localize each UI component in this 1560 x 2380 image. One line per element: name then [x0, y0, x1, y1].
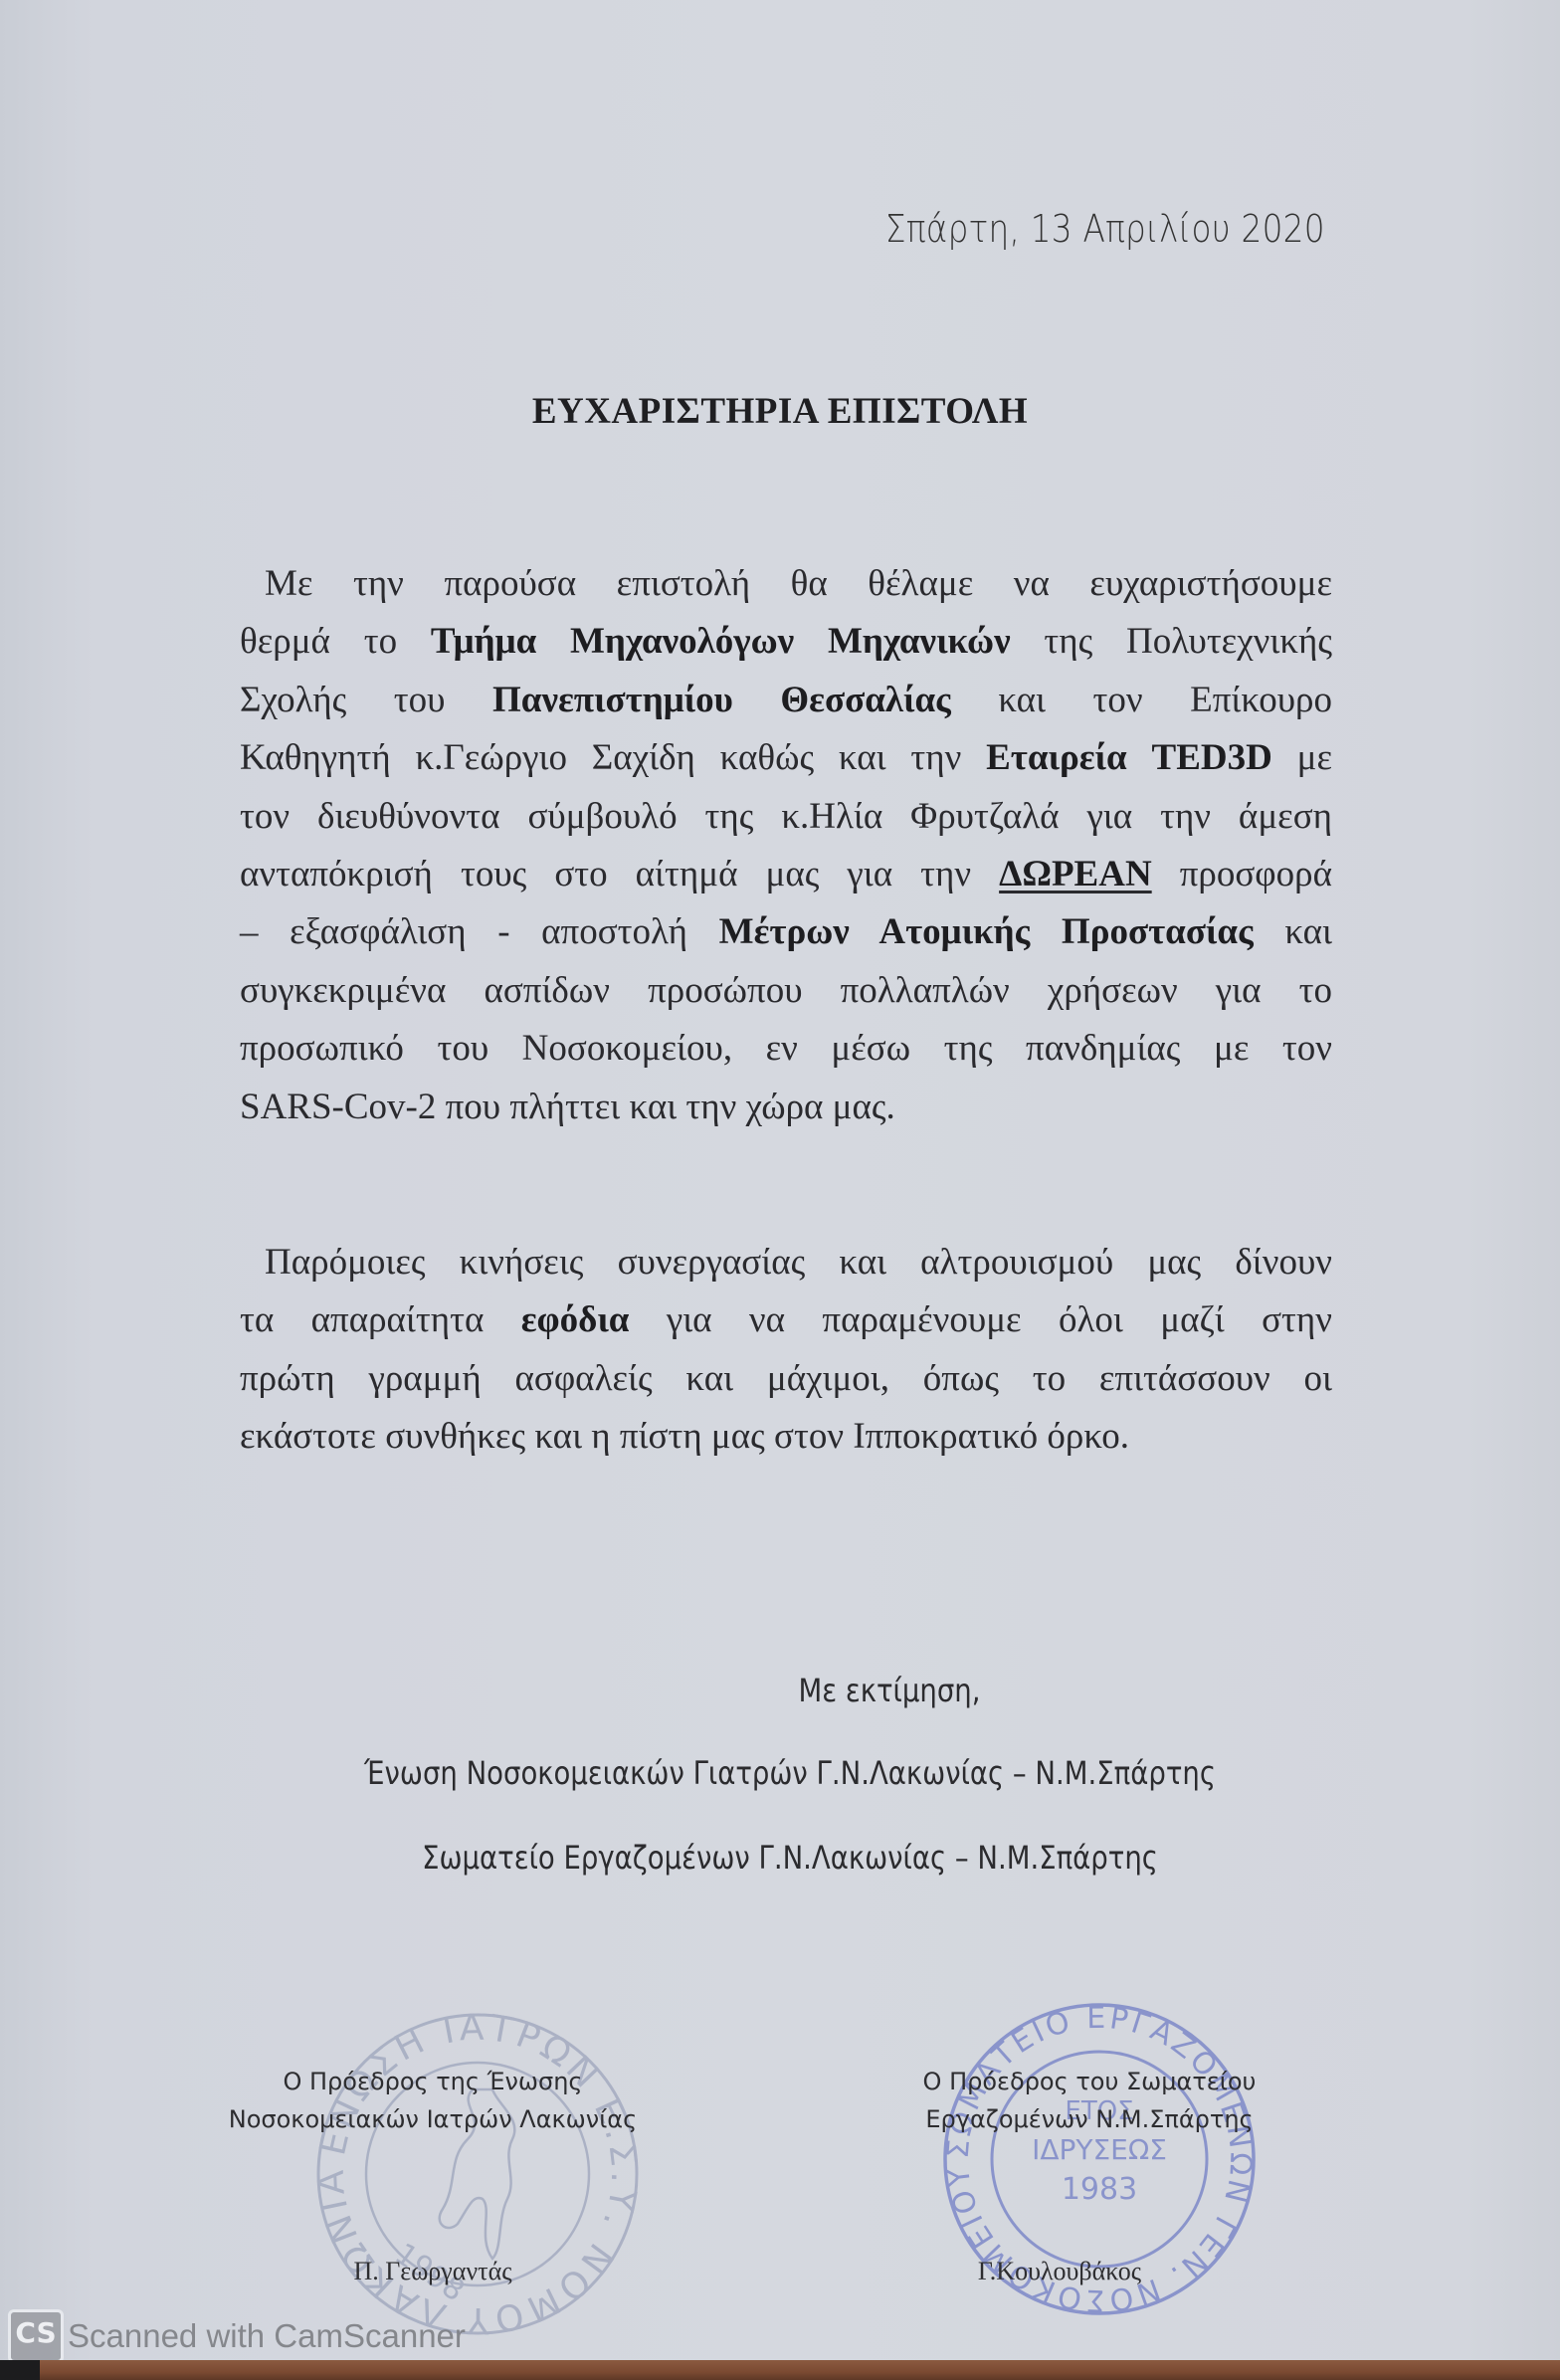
- signatory-org-workers-union: Σωματείο Εργαζομένων Γ.Ν.Λακωνίας – Ν.Μ.…: [119, 1839, 1461, 1877]
- paragraph-line: τον διευθύνοντα σύμβουλό της κ.Ηλία Φρυτ…: [240, 788, 1332, 846]
- paragraph-line: εκάστοτε συνθήκες και η πίστη μας στον Ι…: [240, 1408, 1332, 1466]
- paragraph-line: Καθηγητή κ.Γεώργιο Σαχίδη καθώς και την …: [240, 729, 1332, 787]
- signatory-role-line2: Εργαζομένων Ν.Μ.Σπάρτης: [876, 2100, 1303, 2138]
- paragraph-line: ανταπόκρισή τους στο αίτημά μας για την …: [240, 846, 1332, 903]
- signatory-org-doctors-union: Ένωση Νοσοκομειακών Γιατρών Γ.Ν.Λακωνίας…: [119, 1754, 1461, 1792]
- signatory-name: Π. Γεωργαντάς: [189, 2253, 677, 2290]
- paragraph-line: τα απαραίτητα εφόδια για να παραμένουμε …: [240, 1291, 1332, 1349]
- closing-greeting: Με εκτίμηση,: [219, 1672, 1560, 1709]
- paragraph-line: Παρόμοιες κινήσεις συνεργασίας και αλτρο…: [240, 1234, 1332, 1291]
- svg-text:1983: 1983: [1062, 2172, 1137, 2207]
- paragraph-line: θερμά το Τμήμα Μηχανολόγων Μηχανικών της…: [240, 613, 1332, 671]
- place-and-date: Σπάρτη, 13 Απριλίου 2020: [885, 207, 1325, 251]
- paragraph-thanks: Με την παρούσα επιστολή θα θέλαμε να ευχ…: [240, 555, 1332, 1136]
- signatory-role-line1: Ο Πρόεδρος της Ένωσης: [189, 2063, 677, 2100]
- signature-block-doctors-union: Ο Πρόεδρος της Ένωσης Νοσοκομειακών Ιατρ…: [189, 2063, 677, 2138]
- paragraph-line: προσωπικό του Νοσοκομείου, εν μέσω της π…: [240, 1020, 1332, 1078]
- paragraph-line: SARS-Cov-2 που πλήττει και την χώρα μας.: [240, 1079, 1332, 1136]
- paragraph-line: – εξασφάλιση - αποστολή Μέτρων Ατομικής …: [240, 903, 1332, 961]
- camscanner-logo-icon: CS: [8, 2309, 64, 2363]
- table-edge-shadow: [0, 2360, 40, 2380]
- camscanner-watermark: CS Scanned with CamScanner: [8, 2306, 466, 2366]
- signature-block-workers-union: Ο Πρόεδρος του Σωματείου Εργαζομένων Ν.Μ…: [876, 2063, 1303, 2138]
- letter-title: ΕΥΧΑΡΙΣΤΗΡΙΑ ΕΠΙΣΤΟΛΗ: [0, 390, 1560, 433]
- paragraph-line: συγκεκριμένα ασπίδων προσώπου πολλαπλών …: [240, 962, 1332, 1020]
- wooden-table-edge: [40, 2360, 1560, 2380]
- scanned-letter-page: Σπάρτη, 13 Απριλίου 2020 ΕΥΧΑΡΙΣΤΗΡΙΑ ΕΠ…: [0, 0, 1560, 2360]
- paragraph-line: Σχολής του Πανεπιστημίου Θεσσαλίας και τ…: [240, 672, 1332, 729]
- paragraph-cooperation: Παρόμοιες κινήσεις συνεργασίας και αλτρο…: [240, 1234, 1332, 1467]
- signatory-role-line1: Ο Πρόεδρος του Σωματείου: [876, 2063, 1303, 2100]
- paragraph-line: πρώτη γραμμή ασφαλείς και μάχιμοι, όπως …: [240, 1350, 1332, 1408]
- paragraph-line: Με την παρούσα επιστολή θα θέλαμε να ευχ…: [240, 555, 1332, 613]
- watermark-text: Scanned with CamScanner: [68, 2317, 466, 2355]
- signatory-name: Γ.Κουλουβάκος: [846, 2253, 1273, 2290]
- signatory-role-line2: Νοσοκομειακών Ιατρών Λακωνίας: [189, 2100, 677, 2138]
